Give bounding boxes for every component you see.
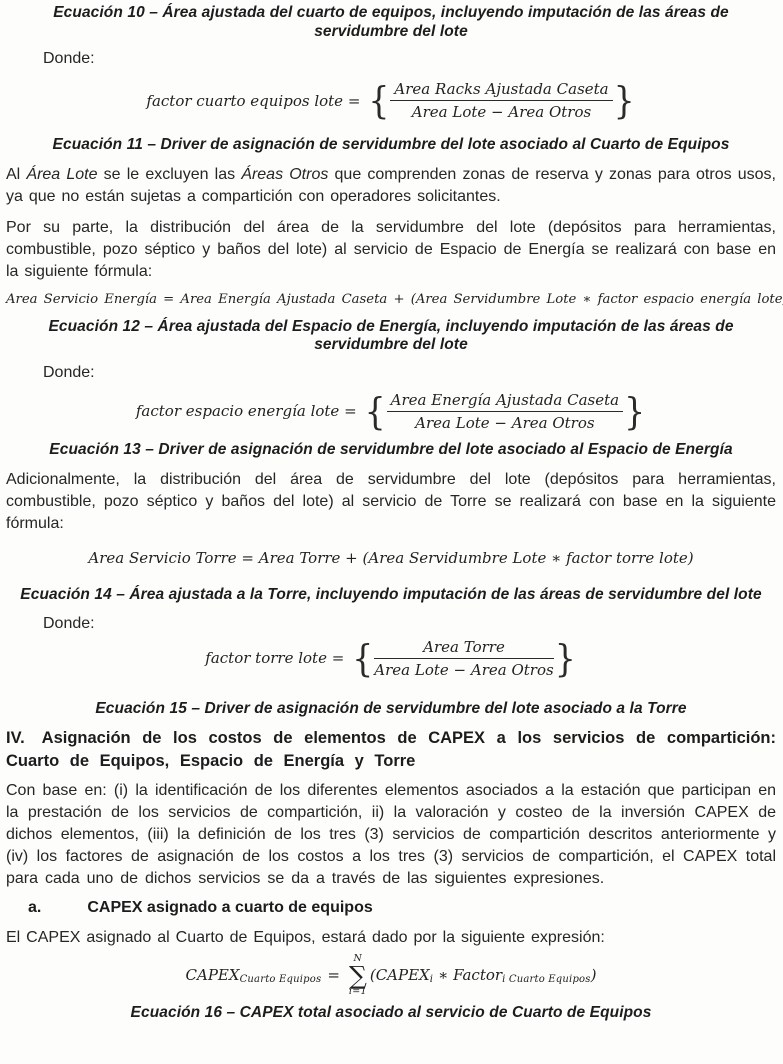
fraction-denominator: Area Lote − Area Otros xyxy=(374,659,553,679)
paragraph-servidumbre-energia: Por su parte, la distribución del área d… xyxy=(6,217,776,283)
factor-term-subscript: i Cuarto Equipos xyxy=(502,974,591,985)
formula-lhs: factor espacio energía lote = xyxy=(136,402,357,420)
paragraph-area-lote: Al Área Lote se le excluyen las Áreas Ot… xyxy=(6,164,776,208)
right-brace: } xyxy=(554,640,577,677)
formula-area-servicio-torre: Area Servicio Torre = Area Torre + (Area… xyxy=(6,549,776,567)
summation-lower-limit: i=1 xyxy=(349,987,367,997)
subsection-letter: a. xyxy=(28,899,41,916)
summation-symbol: N ∑ i=1 xyxy=(349,954,367,997)
subsection-a-heading: a.CAPEX asignado a cuarto de equipos xyxy=(28,899,776,917)
equation-11-caption: Ecuación 11 – Driver de asignación de se… xyxy=(17,136,765,155)
equation-16-caption: Ecuación 16 – CAPEX total asociado al se… xyxy=(17,1004,765,1023)
right-brace: } xyxy=(613,82,636,119)
text-segment: Al xyxy=(6,166,26,183)
paragraph-servidumbre-torre: Adicionalmente, la distribución del área… xyxy=(6,469,776,535)
equation-15-caption: Ecuación 15 – Driver de asignación de se… xyxy=(17,700,765,719)
capex-term-i-subscript: i xyxy=(430,974,433,985)
section-iv-heading: IV.Asignación de los costos de elementos… xyxy=(6,727,776,773)
capex-lhs-subscript: Cuarto Equipos xyxy=(240,974,322,985)
fraction-numerator: Area Torre xyxy=(374,638,553,659)
donde-label-3: Donde: xyxy=(43,615,776,633)
text-segment-italic: Área Lote xyxy=(26,166,97,183)
equation-10-caption: Ecuación 10 – Área ajustada del cuarto d… xyxy=(17,4,765,41)
formula-capex-sum: CAPEXCuarto Equipos = N ∑ i=1 (CAPEXi ∗ … xyxy=(6,954,776,997)
capex-term-close: ) xyxy=(591,966,597,984)
text-segment-italic: Áreas Otros xyxy=(241,166,328,183)
formula-factor-torre: factor torre lote = { Area Torre Area Lo… xyxy=(6,638,776,679)
paragraph-capex-cuarto: El CAPEX asignado al Cuarto de Equipos, … xyxy=(6,927,776,949)
donde-label-2: Donde: xyxy=(43,364,776,382)
subsection-title: CAPEX asignado a cuarto de equipos xyxy=(87,899,372,916)
fraction: Area Racks Ajustada Caseta Area Lote − A… xyxy=(390,80,612,121)
formula-area-servicio-energia: Area Servicio Energía = Area Energía Aju… xyxy=(6,292,776,307)
factor-term: ∗ Factor xyxy=(438,966,502,984)
equation-14-caption: Ecuación 14 – Área ajustada a la Torre, … xyxy=(17,586,765,605)
formula-lhs: factor torre lote = xyxy=(205,649,344,667)
section-number: IV. xyxy=(6,729,25,747)
document-page: Ecuación 10 – Área ajustada del cuarto d… xyxy=(0,0,783,1022)
formula-factor-cuarto-equipos: factor cuarto equipos lote = { Area Rack… xyxy=(6,80,776,121)
capex-lhs: CAPEX xyxy=(186,966,240,984)
sigma-icon: ∑ xyxy=(349,964,367,988)
donde-label-1: Donde: xyxy=(43,50,776,68)
formula-factor-espacio-energia: factor espacio energía lote = { Area Ene… xyxy=(6,391,776,432)
paragraph-con-base-en: Con base en: (i) la identificación de lo… xyxy=(6,780,776,890)
equals-sign: = xyxy=(327,966,340,984)
fraction: Area Energía Ajustada Caseta Area Lote −… xyxy=(387,391,623,432)
fraction-numerator: Area Energía Ajustada Caseta xyxy=(387,391,623,412)
text-segment: se le excluyen las xyxy=(98,166,242,183)
left-brace: { xyxy=(367,82,390,119)
fraction-denominator: Area Lote − Area Otros xyxy=(387,412,623,432)
equation-13-caption: Ecuación 13 – Driver de asignación de se… xyxy=(17,441,765,460)
fraction: Area Torre Area Lote − Area Otros xyxy=(374,638,553,679)
equation-12-caption: Ecuación 12 – Área ajustada del Espacio … xyxy=(17,318,765,355)
right-brace: } xyxy=(623,393,646,430)
left-brace: { xyxy=(364,393,387,430)
fraction-numerator: Area Racks Ajustada Caseta xyxy=(390,80,612,101)
capex-term-open: (CAPEX xyxy=(370,966,430,984)
section-title: Asignación de los costos de elementos de… xyxy=(6,729,776,770)
left-brace: { xyxy=(351,640,374,677)
fraction-denominator: Area Lote − Area Otros xyxy=(390,101,612,121)
formula-lhs: factor cuarto equipos lote = xyxy=(146,92,360,110)
